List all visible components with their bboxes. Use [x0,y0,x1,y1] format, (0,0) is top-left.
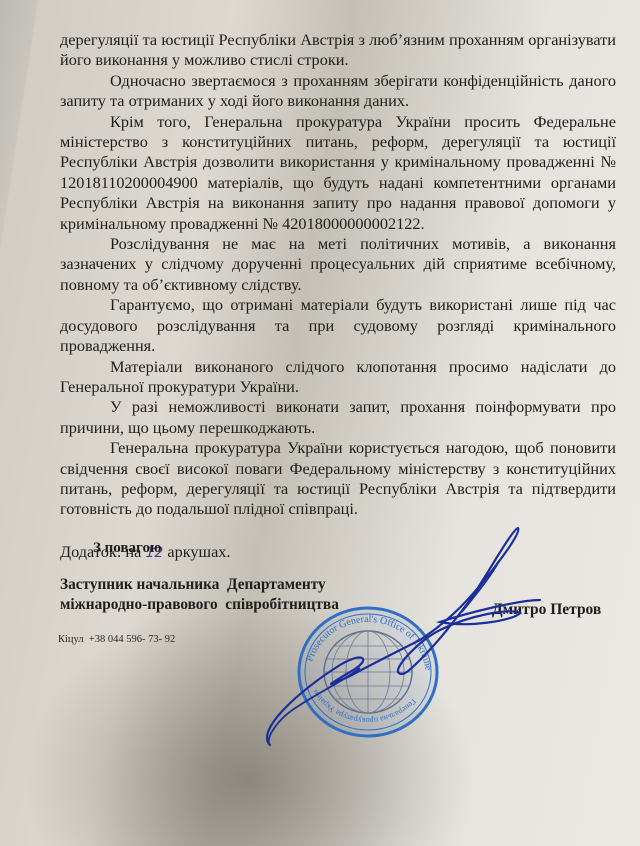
paragraph-8: Генеральна прокуратура України користуєт… [60,438,616,520]
paragraph-2: Одночасно звертаємося з проханням зберіг… [60,71,616,112]
contact-line: Кіцул +38 044 596- 73- 92 [58,634,175,645]
official-stamp-icon: Prosecutor General's Office of Ukraine Г… [296,604,440,740]
letter-body: дерегуляції та юстиції Республіки Австрі… [60,30,616,563]
page-fold-shadow [0,0,40,260]
paragraph-7: У разі неможливості виконати запит, прох… [60,397,616,438]
attachment-suffix: аркушах. [167,542,230,561]
paragraph-1: дерегуляції та юстиції Республіки Австрі… [60,30,616,71]
paragraph-4: Розслідування не має на меті політичних … [60,234,616,295]
paragraph-5: Гарантуємо, що отримані матеріали будуть… [60,295,616,356]
paragraph-3: Крім того, Генеральна прокуратура Україн… [60,112,616,234]
paragraph-6: Матеріали виконаного слідчого клопотання… [60,357,616,398]
signatory-name: Дмитро Петров [492,601,601,619]
position-line-1: Заступник начальника Департаменту [60,575,339,595]
document-page: дерегуляції та юстиції Республіки Австрі… [0,0,640,846]
closing-regards: З повагою [93,540,161,557]
